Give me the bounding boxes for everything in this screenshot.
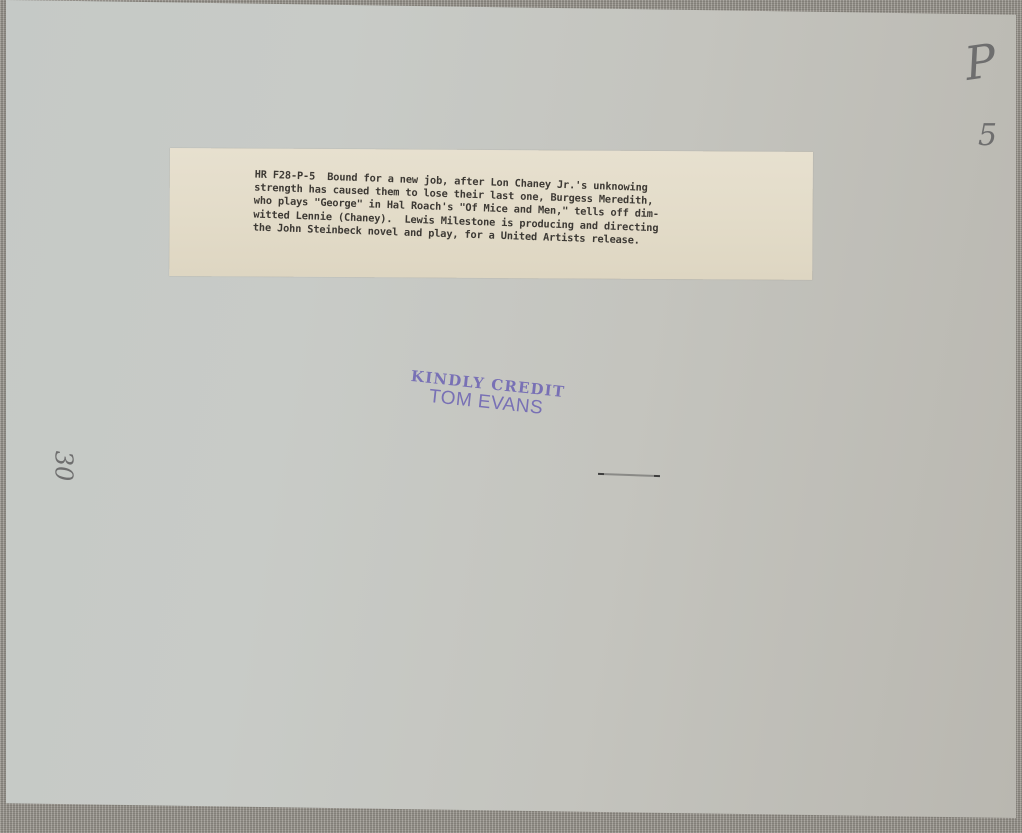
handwritten-number-30: 30 xyxy=(49,451,77,482)
caption-label: HR F28-P-5 Bound for a new job, after Lo… xyxy=(169,148,813,280)
caption-text: HR F28-P-5 Bound for a new job, after Lo… xyxy=(253,169,800,254)
handwritten-number-5: 5 xyxy=(978,118,997,153)
